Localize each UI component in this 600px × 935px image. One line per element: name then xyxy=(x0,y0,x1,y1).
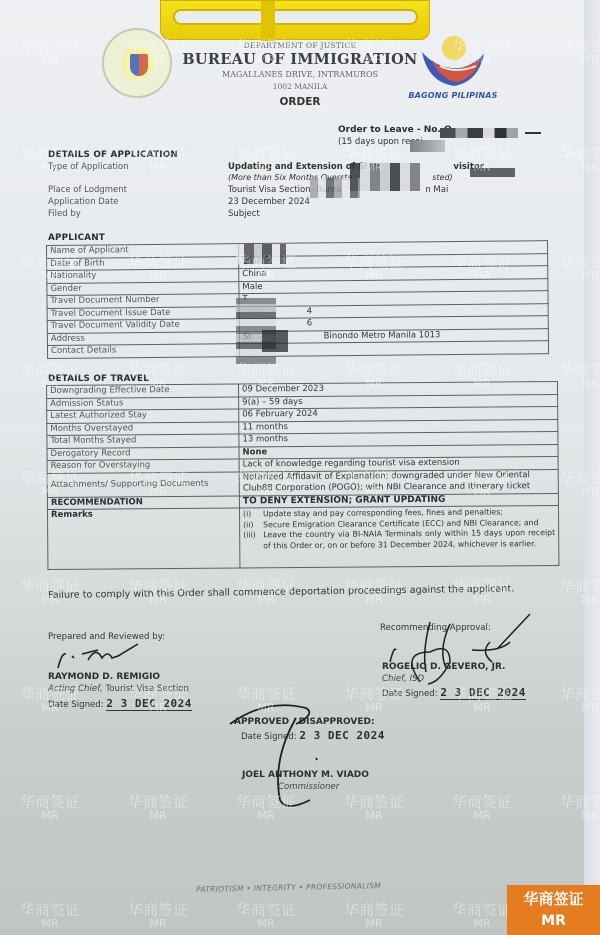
recommending-role: Chief, ISD xyxy=(382,674,424,684)
label-place-of-lodgment: Place of Lodgment xyxy=(48,185,127,195)
prepared-role: Acting Chief, Tourist Visa Section xyxy=(48,684,189,694)
order-number: Order to Leave - No. O xyxy=(338,125,452,135)
signature-remigio-icon xyxy=(52,640,142,672)
value-filed-by: Subject xyxy=(228,209,260,219)
department-name: DEPARTMENT OF JUSTICE xyxy=(170,41,430,50)
prepared-date: Date Signed: 2 3 DEC 2024 xyxy=(48,697,192,711)
redacted-order-number xyxy=(440,128,518,138)
travel-table: Downgrading Effective Date09 December 20… xyxy=(46,381,559,570)
value-application-date: 23 December 2024 xyxy=(228,197,310,207)
section-title-applicant: APPLICANT xyxy=(48,233,105,243)
table-row: Remarks (i)Update stay and pay correspon… xyxy=(47,505,558,569)
signature-viado-icon xyxy=(226,700,346,812)
bureau-seal-icon xyxy=(102,28,172,98)
redaction-block xyxy=(236,244,286,264)
binder-clip xyxy=(160,0,430,40)
bureau-city: 1002 MANILA xyxy=(170,82,430,91)
background-surface xyxy=(584,0,600,935)
remarks-list: (i)Update stay and pay corresponding fee… xyxy=(243,507,555,552)
date-stamp: 2 3 DEC 2024 xyxy=(106,697,191,711)
date-stamp: 2 3 DEC 2024 xyxy=(440,686,525,700)
approval-name: JOEL ANTHONY M. VIADO xyxy=(242,770,369,780)
recommending-name: ROGELIO D. GEVERO, JR. xyxy=(382,662,505,672)
list-item: (iii)Leave the country via BI-NAIA Termi… xyxy=(243,528,555,552)
brand-badge: 华商签证 MR xyxy=(507,885,600,935)
section-title-travel: DETAILS OF TRAVEL xyxy=(48,374,149,384)
bureau-address: MAGALLANES DRIVE, INTRAMUROS xyxy=(170,70,430,79)
label-filed-by: Filed by xyxy=(48,209,81,219)
redaction-block xyxy=(350,163,420,191)
approval-role: Commissioner xyxy=(278,782,339,792)
section-title-application: DETAILS OF APPLICATION xyxy=(48,150,178,160)
bureau-name: BUREAU OF IMMIGRATION xyxy=(170,51,430,68)
prepared-name: RAYMOND D. REMIGIO xyxy=(48,672,160,682)
applicant-table: Name of Applicant Date of Birth2 Nationa… xyxy=(46,240,549,358)
table-row: Attachments/ Supporting DocumentsNotariz… xyxy=(47,469,558,497)
document-title: ORDER xyxy=(170,96,430,108)
recommending-date: Date Signed: 2 3 DEC 2024 xyxy=(382,686,526,700)
shield-icon xyxy=(130,54,148,76)
label-application-date: Application Date xyxy=(48,197,119,207)
label-type-of-application: Type of Application xyxy=(48,162,129,172)
